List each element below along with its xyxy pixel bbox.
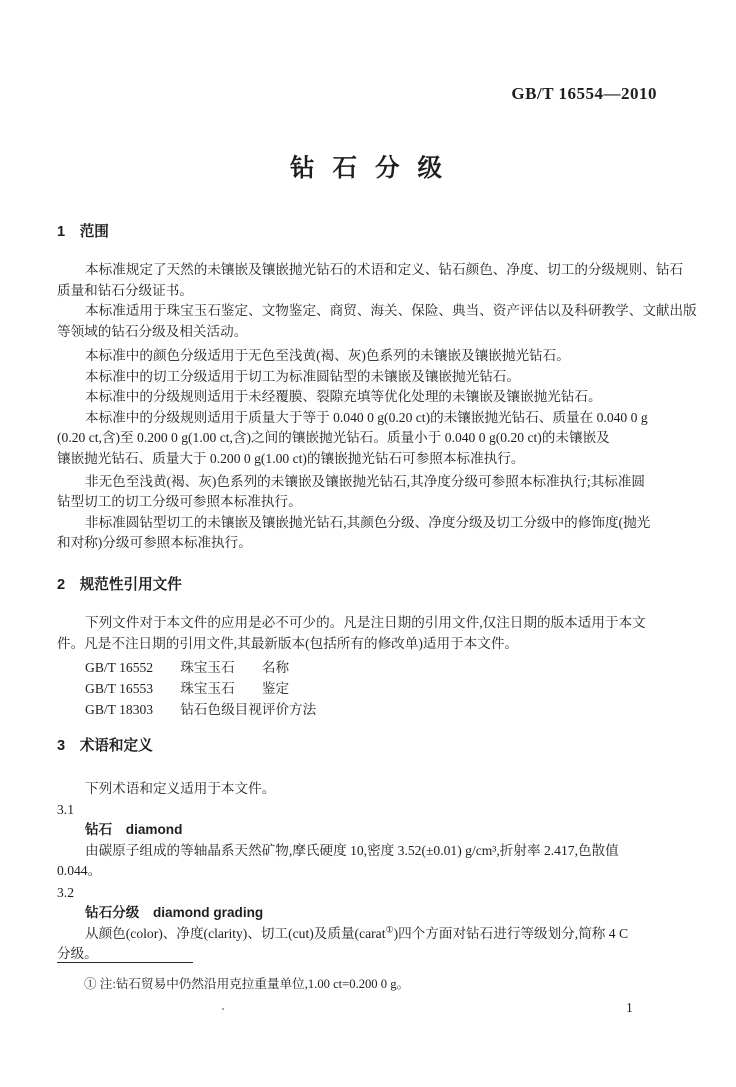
definition-text: 从颜色(color)、净度(clarity)、切工(cut)及质量(carat: [85, 926, 385, 941]
paragraph-line: 和对称)分级可参照本标准执行。: [57, 533, 697, 554]
definition-text: )四个方面对钻石进行等级划分,简称 4 C: [394, 926, 629, 941]
reference-item: GB/T 18303 钻石色级目视评价方法: [57, 699, 646, 720]
reference-list: GB/T 16552 珠宝玉石 名称 GB/T 16553 珠宝玉石 鉴定 GB…: [57, 657, 646, 720]
term-title: 钻石 diamond: [57, 820, 628, 841]
page-number: 1: [626, 1000, 633, 1016]
paragraph-line: 非无色至浅黄(褐、灰)色系列的未镶嵌及镶嵌抛光钻石,其净度分级可参照本标准执行;…: [57, 472, 697, 493]
paragraph-line: 由碳原子组成的等轴晶系天然矿物,摩氏硬度 10,密度 3.52(±0.01) g…: [57, 841, 628, 862]
paragraph-line: 从颜色(color)、净度(clarity)、切工(cut)及质量(carat①…: [57, 924, 628, 945]
term-title: 钻石分级 diamond grading: [57, 903, 628, 924]
section-1-heading: 1 范围: [57, 222, 109, 242]
paragraph-line: 本标准中的分级规则适用于质量大于等于 0.040 0 g(0.20 ct)的未镶…: [57, 408, 697, 429]
document-page: GB/T 16554—2010 钻石分级 1 范围 本标准规定了天然的未镶嵌及镶…: [0, 0, 736, 1087]
section-1-body: 本标准规定了天然的未镶嵌及镶嵌抛光钻石的术语和定义、钻石颜色、净度、切工的分级规…: [57, 260, 697, 554]
paragraph-line: 质量和钻石分级证书。: [57, 281, 697, 302]
footnote-marker: ①: [385, 924, 393, 934]
paragraph-line: 本标准中的颜色分级适用于无色至浅黄(褐、灰)色系列的未镶嵌及镶嵌抛光钻石。: [57, 346, 697, 367]
reference-item: GB/T 16553 珠宝玉石 鉴定: [57, 678, 646, 699]
paragraph-line: 本标准中的切工分级适用于切工为标准圆钻型的未镶嵌及镶嵌抛光钻石。: [57, 367, 697, 388]
scan-artifact-dot: [222, 1008, 224, 1010]
paragraph-line: 等领域的钻石分级及相关活动。: [57, 322, 697, 343]
paragraph-line: 镶嵌抛光钻石、质量大于 0.200 0 g(1.00 ct)的镶嵌抛光钻石可参照…: [57, 449, 697, 470]
paragraph-line: (0.20 ct,含)至 0.200 0 g(1.00 ct,含)之间的镶嵌抛光…: [57, 428, 697, 449]
reference-item: GB/T 16552 珠宝玉石 名称: [57, 657, 646, 678]
paragraph-line: 下列术语和定义适用于本文件。: [57, 779, 628, 800]
standard-number: GB/T 16554—2010: [57, 84, 657, 104]
footnote-text: ① 注:钻石贸易中仍然沿用克拉重量单位,1.00 ct=0.200 0 g。: [84, 976, 409, 993]
paragraph-line: 0.044。: [57, 861, 628, 882]
paragraph-line: 本标准中的分级规则适用于未经覆膜、裂隙充填等优化处理的未镶嵌及镶嵌抛光钻石。: [57, 387, 697, 408]
term-number: 3.1: [57, 800, 628, 821]
section-3-heading: 3 术语和定义: [57, 736, 153, 756]
section-2-body: 下列文件对于本文件的应用是必不可少的。凡是注日期的引用文件,仅注日期的版本适用于…: [57, 613, 646, 720]
footnote-divider: [57, 962, 193, 963]
section-2-heading: 2 规范性引用文件: [57, 575, 182, 595]
term-number: 3.2: [57, 883, 628, 904]
paragraph-line: 本标准规定了天然的未镶嵌及镶嵌抛光钻石的术语和定义、钻石颜色、净度、切工的分级规…: [57, 260, 697, 281]
document-title: 钻石分级: [57, 149, 675, 184]
paragraph-line: 下列文件对于本文件的应用是必不可少的。凡是注日期的引用文件,仅注日期的版本适用于…: [57, 613, 646, 634]
section-3-body: 下列术语和定义适用于本文件。 3.1 钻石 diamond 由碳原子组成的等轴晶…: [57, 779, 628, 965]
paragraph-line: 钻型切工的切工分级可参照本标准执行。: [57, 492, 697, 513]
paragraph-line: 非标准圆钻型切工的未镶嵌及镶嵌抛光钻石,其颜色分级、净度分级及切工分级中的修饰度…: [57, 513, 697, 534]
paragraph-line: 本标准适用于珠宝玉石鉴定、文物鉴定、商贸、海关、保险、典当、资产评估以及科研教学…: [57, 301, 697, 322]
paragraph-line: 件。凡是不注日期的引用文件,其最新版本(包括所有的修改单)适用于本文件。: [57, 634, 646, 655]
